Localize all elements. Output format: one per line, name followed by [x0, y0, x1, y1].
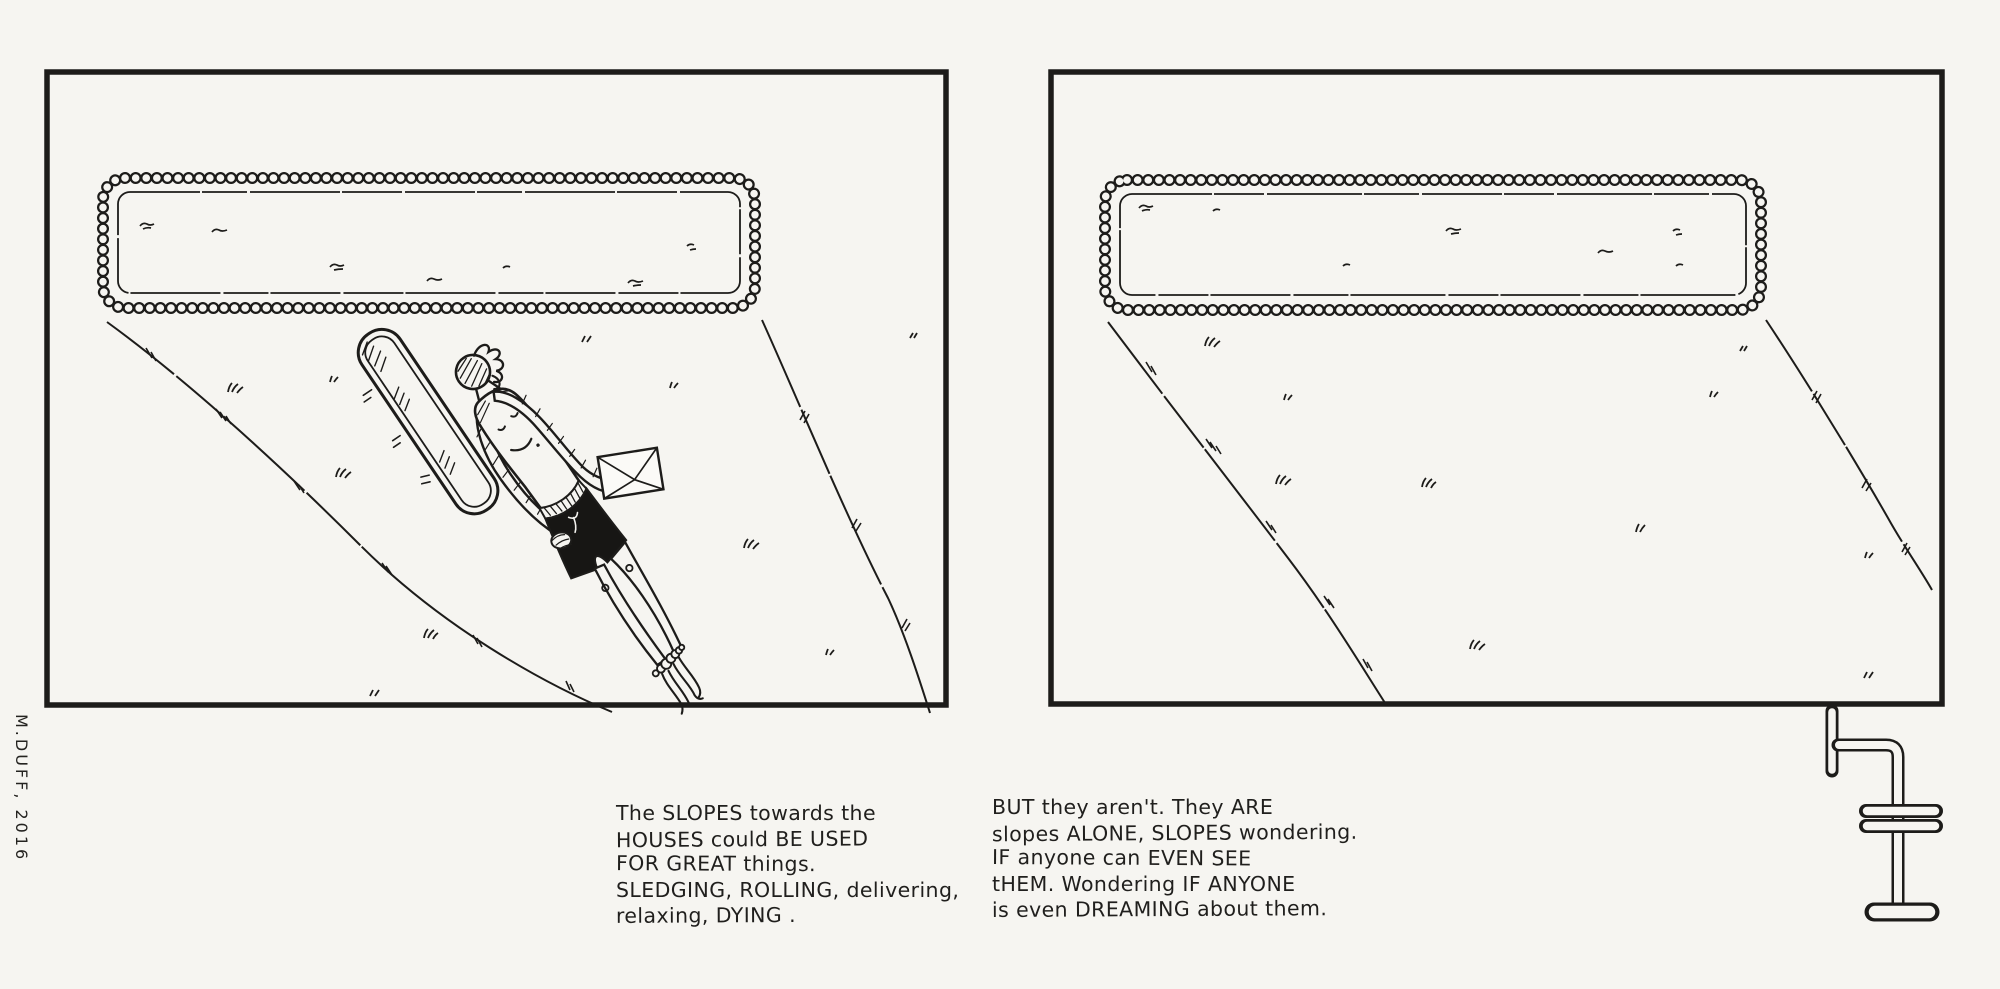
caption-right-column: BUT they aren't. They ARE slopes ALONE, …	[992, 795, 1358, 923]
caption-line: tHEM. Wondering IF ANYONE	[992, 872, 1358, 898]
artist-signature: M.DUFF, 2016	[12, 714, 31, 862]
caption-line: HOUSES could BE USED	[616, 825, 959, 853]
left-slope-edges	[107, 320, 930, 713]
caption-line: relaxing, DYING .	[616, 902, 959, 929]
left-panel	[47, 72, 946, 765]
right-panel	[1051, 72, 1942, 706]
caption-line: FOR GREAT things.	[616, 851, 959, 878]
pipe-tap-glyph	[1832, 711, 1936, 912]
right-hedge	[1105, 180, 1761, 310]
caption-left-column: The SLOPES towards the HOUSES could BE U…	[616, 801, 959, 929]
hedge-marks	[140, 223, 696, 286]
figure-on-sled	[333, 236, 788, 765]
left-hedge	[103, 178, 755, 308]
right-slope-edges	[1108, 320, 1932, 706]
caption-line: slopes ALONE, SLOPES wondering.	[992, 819, 1358, 847]
comic-page: M.DUFF, 2016 The SLOPES towards the HOUS…	[0, 0, 2000, 989]
caption-line: SLEDGING, ROLLING, delivering,	[616, 878, 959, 904]
slope-edge-grass	[146, 348, 910, 692]
envelope	[598, 448, 664, 499]
caption-line: IF anyone can EVEN SEE	[992, 845, 1358, 872]
caption-line: BUT they aren't. They ARE	[992, 795, 1358, 821]
slope-edge-grass	[1146, 362, 1910, 671]
caption-line: The SLOPES towards the	[616, 801, 959, 827]
right-slope-tufts	[1205, 337, 1873, 678]
hedge-marks	[1139, 205, 1683, 266]
right-panel-border	[1051, 72, 1942, 704]
caption-line: is even DREAMING about them.	[992, 896, 1358, 923]
